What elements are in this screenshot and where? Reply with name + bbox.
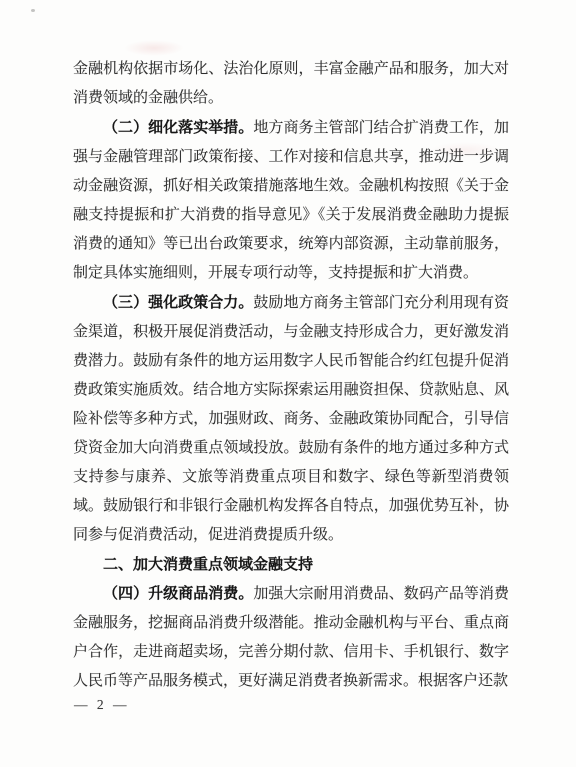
scanned-document-page: 金融机构依据市场化、法治化原则，丰富金融产品和服务，加大对消费领域的金融供给。 … <box>0 0 576 767</box>
paragraph-item-2: （二）细化落实举措。地方商务主管部门结合扩消费工作，加强与金融管理部门政策衔接、… <box>73 113 509 288</box>
paragraph-text-item-2: 地方商务主管部门结合扩消费工作，加强与金融管理部门政策衔接、工作对接和信息共享，… <box>73 120 509 281</box>
paragraph-lead-item-2: （二）细化落实举措。 <box>103 119 253 136</box>
paragraph-lead-item-4: （四）升级商品消费。 <box>103 585 253 602</box>
paragraph-item-3: （三）强化政策合力。鼓励地方商务主管部门充分利用现有资金渠道，积极开展促消费活动… <box>73 288 509 550</box>
paragraph-continuation: 金融机构依据市场化、法治化原则，丰富金融产品和服务，加大对消费领域的金融供给。 <box>73 55 509 113</box>
paragraph-text-item-3: 鼓励地方商务主管部门充分利用现有资金渠道，积极开展促消费活动，与金融支持形成合力… <box>73 295 509 543</box>
scan-speck <box>31 9 35 12</box>
paragraph-lead-item-3: （三）强化政策合力。 <box>103 294 253 311</box>
paragraph-item-4: （四）升级商品消费。加强大宗耐用消费品、数码产品等消费金融服务，挖掘商品消费升级… <box>73 579 509 696</box>
document-body: 金融机构依据市场化、法治化原则，丰富金融产品和服务，加大对消费领域的金融供给。 … <box>73 55 509 696</box>
scan-smudge <box>124 40 184 56</box>
page-number: — 2 — <box>74 696 130 714</box>
section-heading: 二、加大消费重点领域金融支持 <box>73 550 509 579</box>
